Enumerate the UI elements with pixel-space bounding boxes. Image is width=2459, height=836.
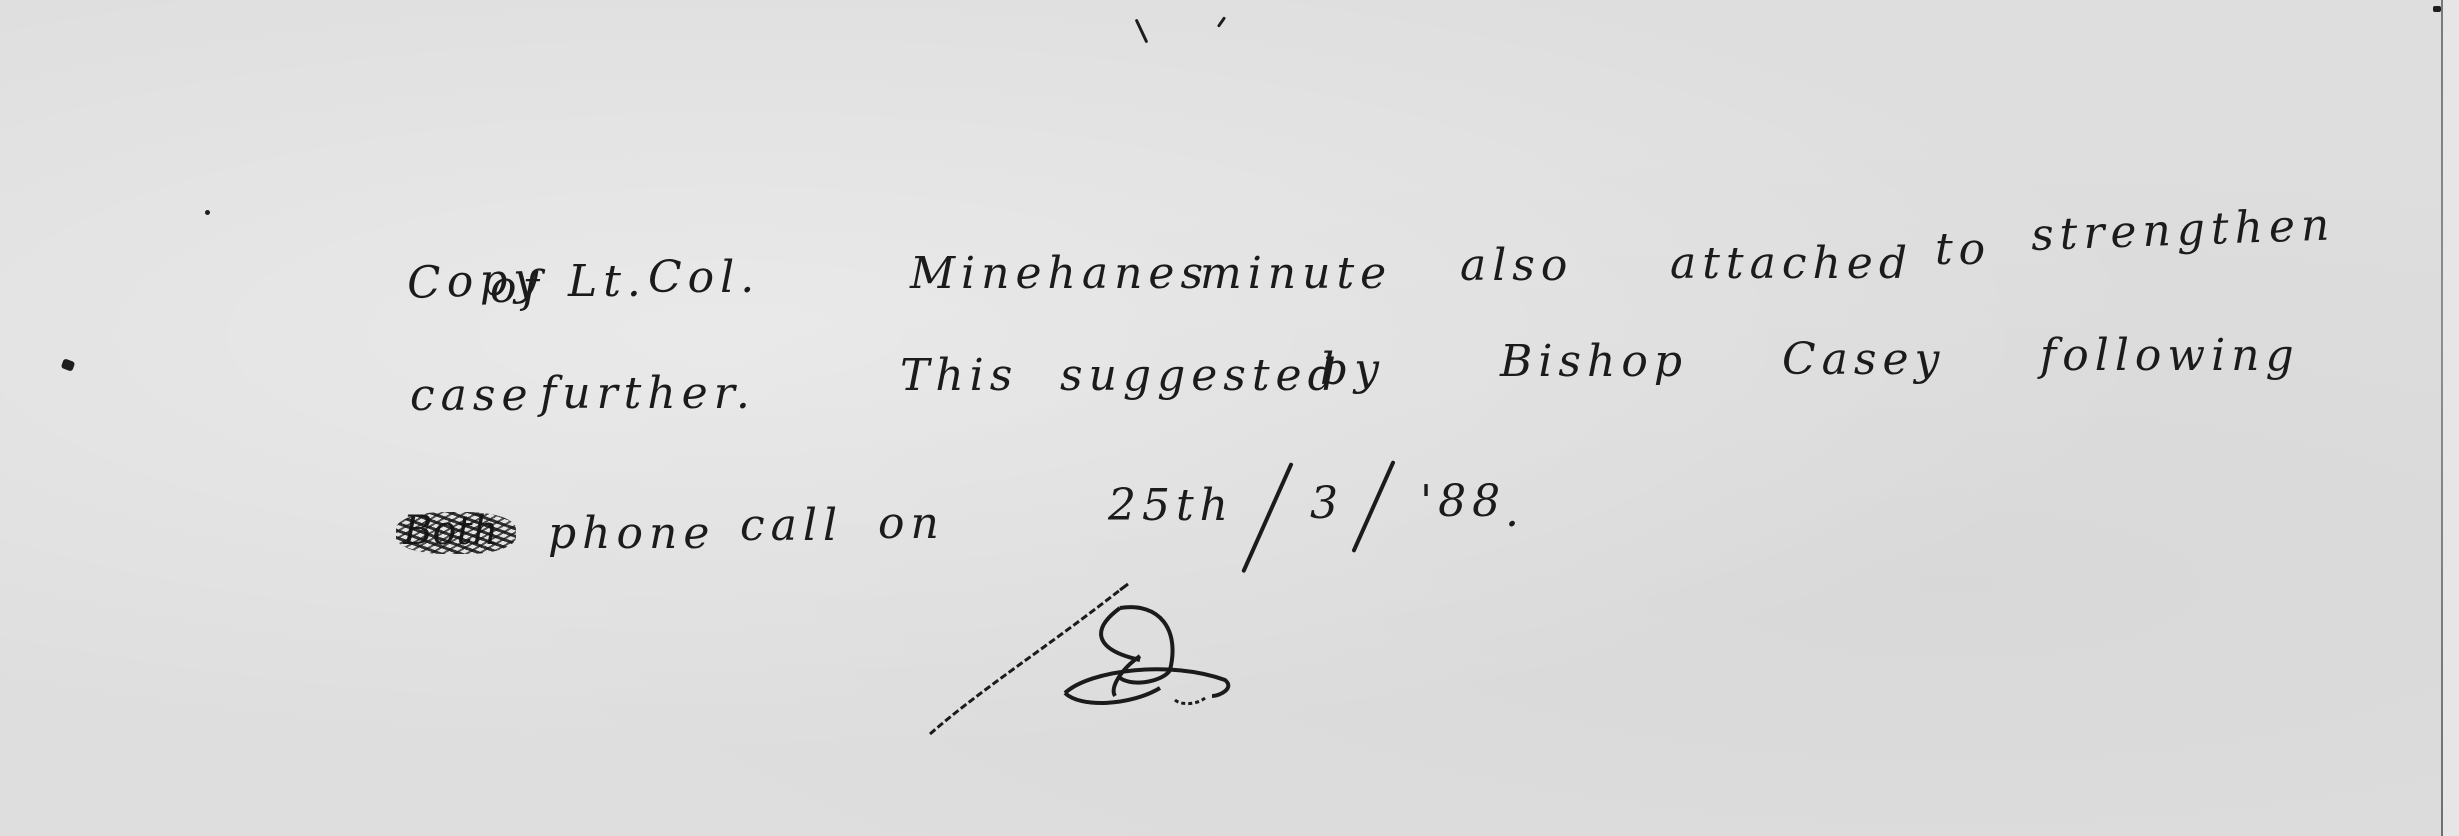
word-strengthen: strengthen	[2030, 199, 2336, 261]
word-this: This	[900, 350, 1018, 401]
strikethrough-scribble	[396, 512, 516, 554]
word-attached: attached	[1670, 238, 1913, 289]
date-slash-1	[1241, 462, 1293, 573]
date-day: 25th	[1108, 480, 1234, 531]
document-page: Copy of Lt. Col. Minehanes minute also a…	[0, 0, 2443, 836]
word-casey: Casey	[1782, 334, 1945, 385]
word-phone: phone	[548, 508, 715, 559]
word-by: by	[1320, 344, 1385, 395]
word-to: to	[1935, 224, 1991, 275]
word-further: further.	[540, 368, 756, 419]
word-case: case	[410, 370, 534, 421]
date-year: '88	[1420, 476, 1506, 527]
paper-scratch	[1217, 16, 1226, 28]
date-trailing-period: .	[1505, 486, 1525, 537]
paper-speck	[2433, 6, 2441, 12]
word-lt: Lt.	[568, 256, 647, 307]
word-suggested: suggested	[1060, 350, 1342, 401]
paper-speck	[205, 210, 210, 215]
date-month: 3	[1310, 478, 1344, 529]
word-bishop: Bishop	[1500, 336, 1688, 387]
word-col: Col.	[648, 252, 760, 303]
paper-scratch	[1135, 19, 1149, 44]
scanner-backing	[2443, 0, 2459, 836]
word-minute: minute	[1200, 248, 1392, 299]
date-slash-2	[1351, 460, 1395, 553]
word-following: following	[2040, 330, 2300, 381]
word-of: of	[490, 262, 545, 313]
word-on: on	[878, 498, 945, 549]
word-also: also	[1460, 240, 1573, 291]
signature-mark	[920, 570, 1240, 750]
word-call: call	[740, 500, 843, 551]
word-minehanes: Minehanes	[910, 248, 1209, 299]
paper-blot	[61, 358, 76, 372]
